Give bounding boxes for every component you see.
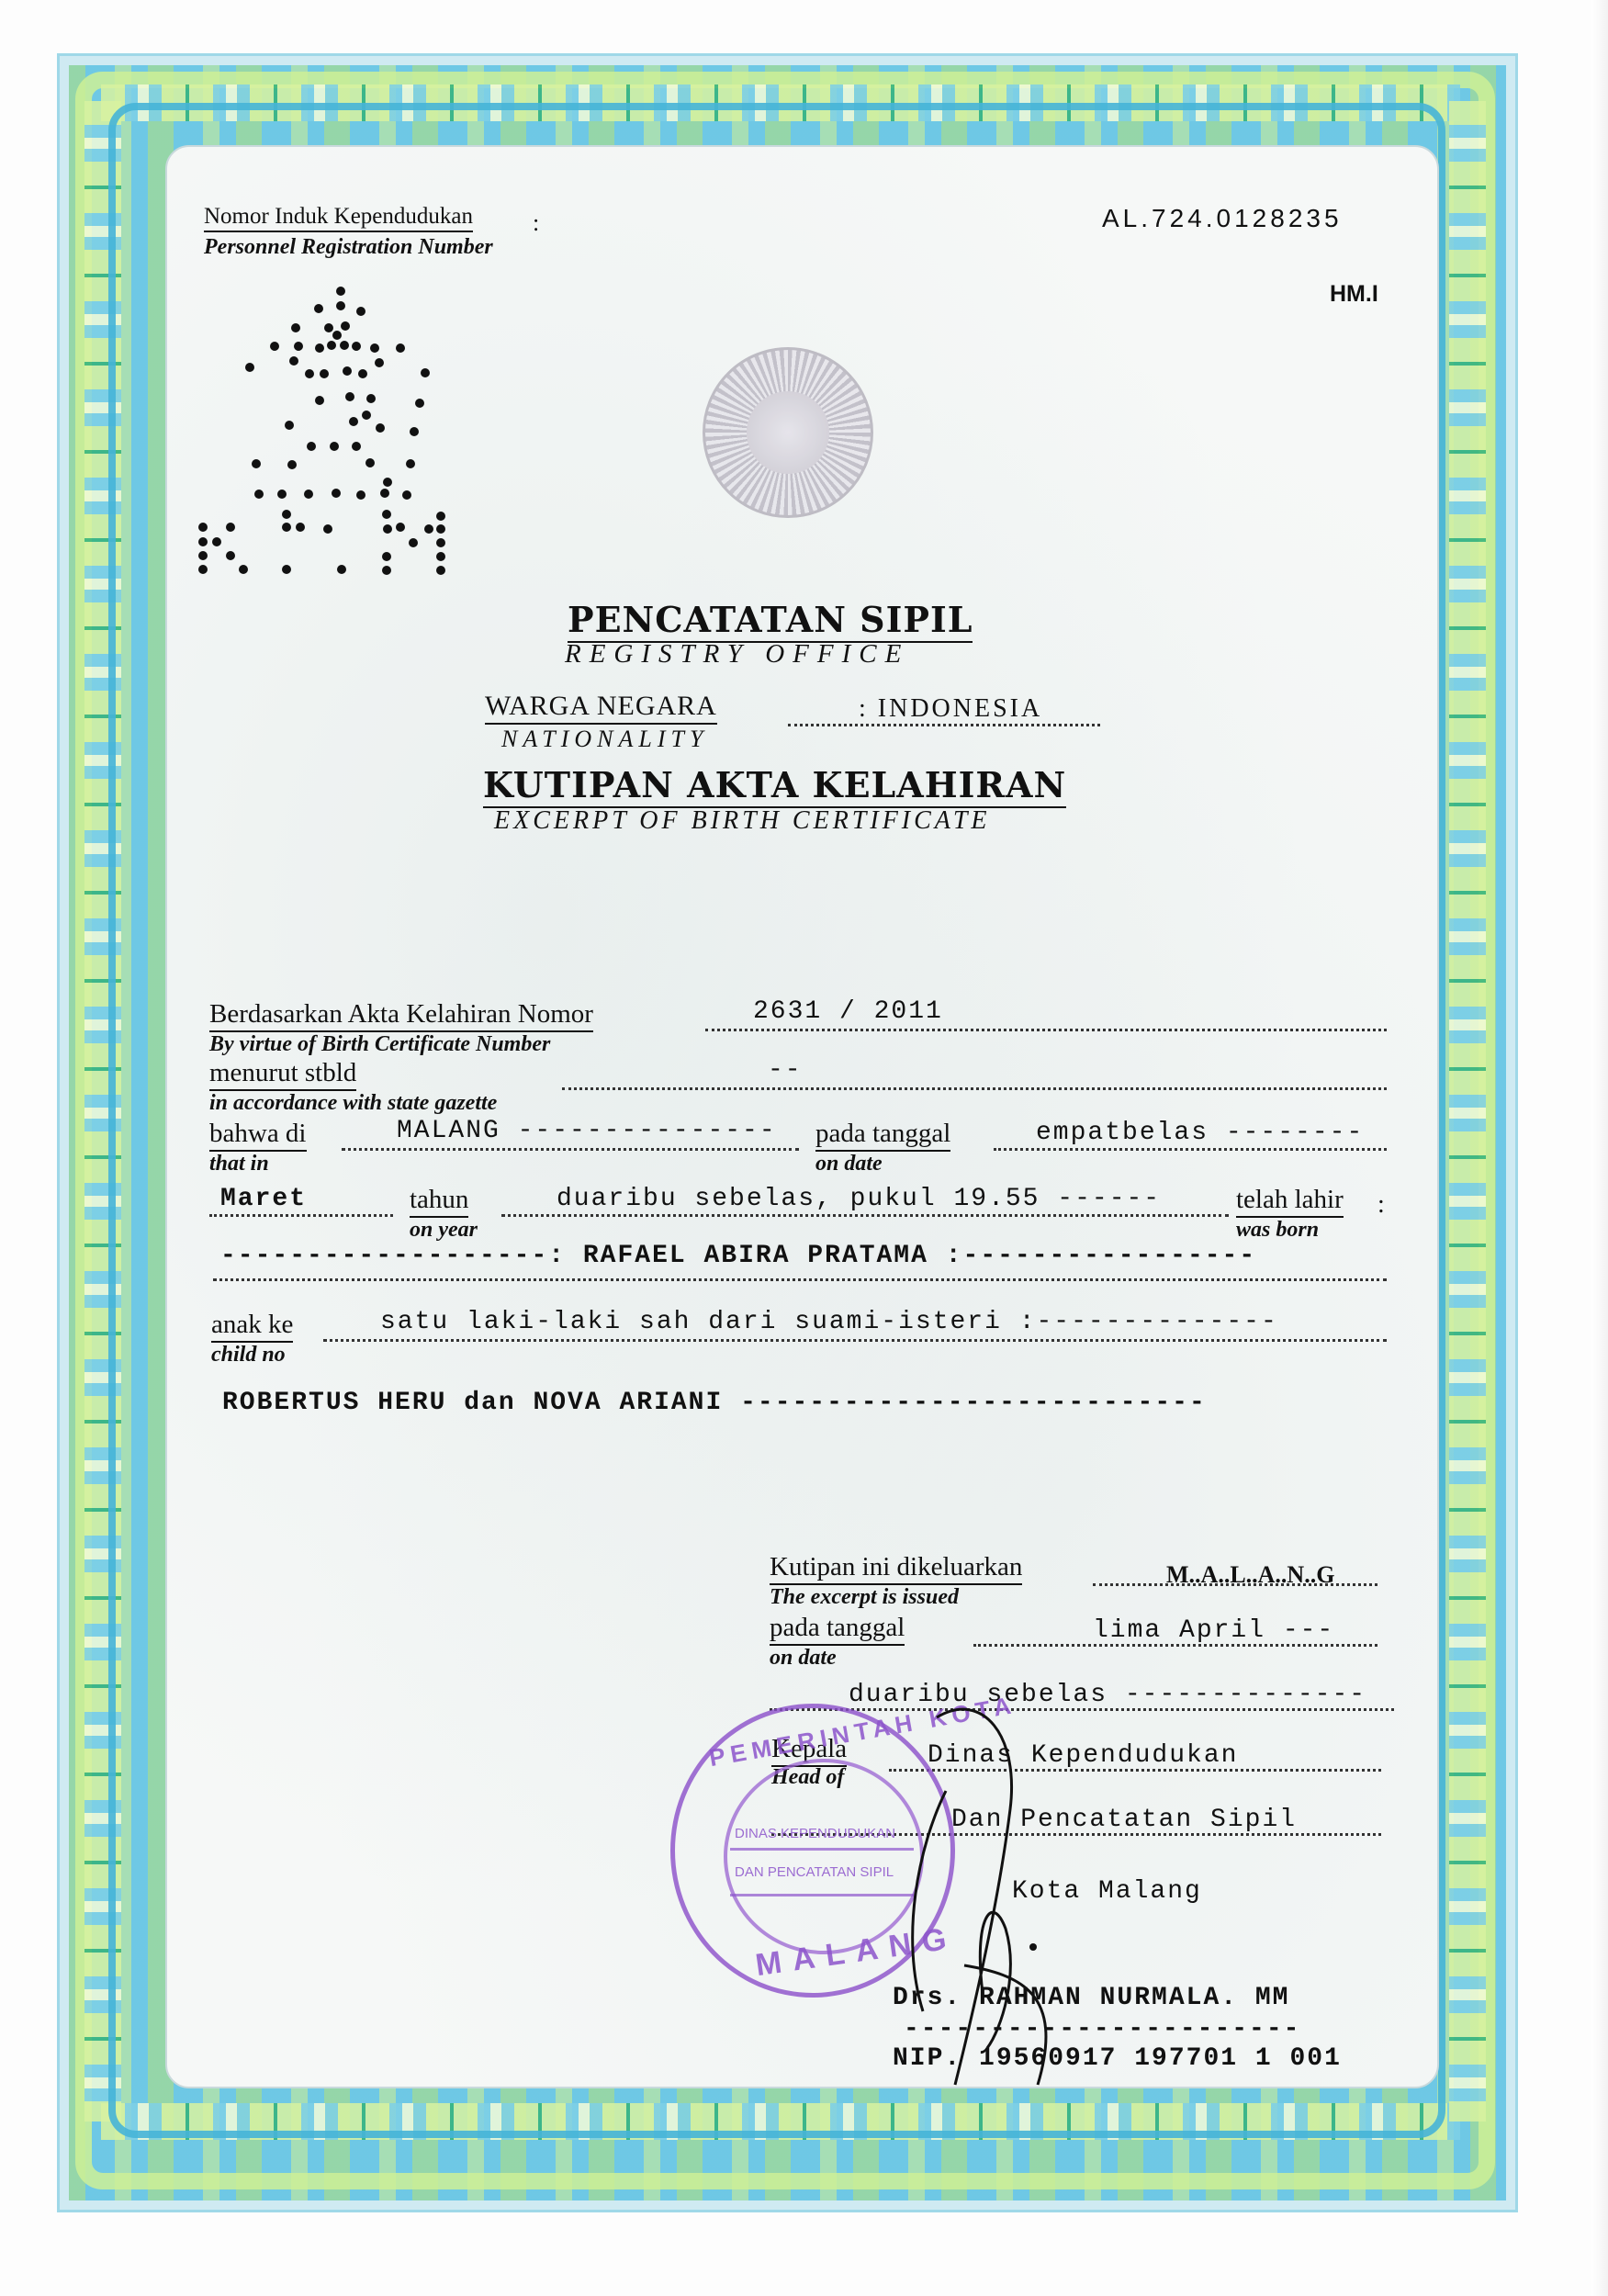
place-value: MALANG --------------- <box>397 1117 777 1145</box>
born-label: telah lahir <box>1236 1185 1344 1218</box>
month-value: Maret <box>220 1185 307 1213</box>
place-label: bahwa di <box>209 1119 307 1152</box>
stbld-label: menurut stbld <box>209 1058 356 1091</box>
born-label-en: was born <box>1236 1218 1319 1243</box>
child-order-label: anak ke <box>211 1310 293 1343</box>
serial-number: AL.724.0128235 <box>1102 204 1343 233</box>
nationality-label: WARGA NEGARA <box>485 691 717 725</box>
issued-date-value: lima April --- <box>1093 1616 1334 1645</box>
cert-number-value: 2631 / 2011 <box>753 997 943 1026</box>
nationality-label-en: NATIONALITY <box>501 726 708 753</box>
issued-date-label: pada tanggal <box>770 1613 905 1646</box>
form-code: HM.I <box>1330 281 1378 308</box>
embossed-seal <box>703 347 873 518</box>
stbld-dotline <box>562 1087 1387 1090</box>
born-colon: : <box>1377 1190 1385 1220</box>
child-order-label-en: child no <box>211 1343 286 1367</box>
issued-date-label-en: on date <box>770 1646 837 1671</box>
date-value: empatbelas -------- <box>1036 1119 1364 1147</box>
stbld-label-en: in accordance with state gazette <box>209 1091 497 1116</box>
year-value: duaribu sebelas, pukul 19.55 ------ <box>557 1185 1161 1213</box>
date-label-en: on date <box>815 1152 883 1176</box>
issued-label: Kutipan ini dikeluarkan <box>770 1552 1022 1585</box>
issued-label-en: The excerpt is issued <box>770 1585 959 1610</box>
cert-number-label-en: By virtue of Birth Certificate Number <box>209 1032 550 1057</box>
signature <box>882 1699 1157 2094</box>
cert-number-dotline <box>705 1029 1387 1031</box>
child-order-dotline <box>323 1339 1387 1342</box>
month-dotline <box>209 1214 393 1217</box>
document-title: KUTIPAN AKTA KELAHIRAN <box>483 764 1066 808</box>
nik-label-en: Personnel Registration Number <box>204 235 493 260</box>
child-order-value: satu laki-laki sah dari suami-isteri :--… <box>380 1308 1278 1336</box>
perforation-ktm <box>174 276 450 588</box>
stamp-middle-2: DAN PENCATATAN SIPIL <box>735 1864 894 1880</box>
nationality-dotline <box>788 724 1100 726</box>
place-label-en: that in <box>209 1152 269 1176</box>
year-label-en: on year <box>410 1218 478 1243</box>
issued-place: M..A..L..A..N..G <box>1166 1561 1334 1589</box>
stbld-value: -- <box>768 1056 803 1085</box>
date-dotline <box>994 1148 1387 1151</box>
nik-label: Nomor Induk Kependudukan <box>204 204 473 232</box>
document-title-en: EXCERPT OF BIRTH CERTIFICATE <box>494 806 991 836</box>
office-title: PENCATATAN SIPIL <box>568 599 973 643</box>
year-label: tahun <box>410 1185 468 1218</box>
office-title-en: REGISTRY OFFICE <box>565 639 909 670</box>
border-chain-right <box>1449 101 1486 2122</box>
certificate-sheet: Nomor Induk Kependudukan : Personnel Reg… <box>0 0 1608 2296</box>
parents-line: ROBERTUS HERU dan NOVA ARIANI ----------… <box>222 1389 1207 1417</box>
child-name: -------------------: RAFAEL ABIRA PRATAM… <box>220 1242 1256 1270</box>
date-label: pada tanggal <box>815 1119 950 1152</box>
nik-colon: : <box>533 209 539 237</box>
page-edge <box>1591 0 1608 2296</box>
cert-number-label: Berdasarkan Akta Kelahiran Nomor <box>209 999 593 1032</box>
year-dotline <box>501 1214 1229 1217</box>
stamp-middle-1: DINAS KEPENDUDUKAN <box>735 1826 895 1841</box>
child-name-dotline <box>213 1278 1387 1281</box>
place-dotline <box>342 1148 799 1151</box>
nationality-value: : INDONESIA <box>859 694 1042 724</box>
